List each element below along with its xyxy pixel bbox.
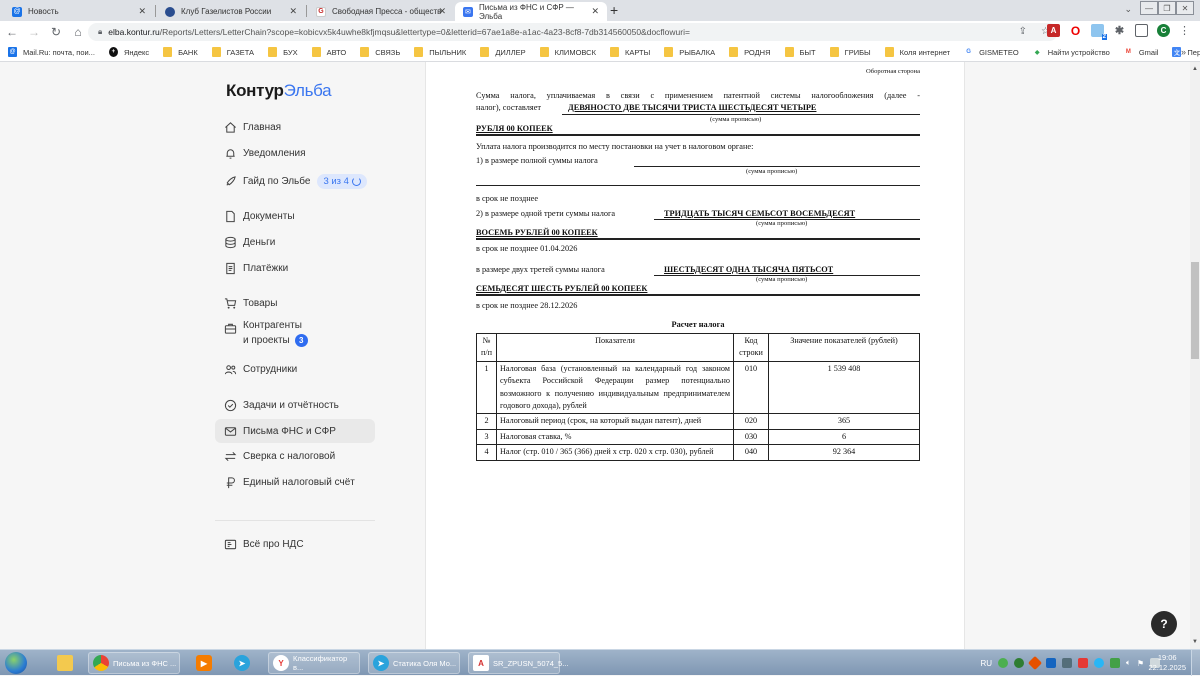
table-row: 1Налоговая база (установленный на календ…	[477, 361, 920, 414]
bookmark-item[interactable]: БЫТ	[785, 47, 816, 57]
tray-app-icon[interactable]	[998, 658, 1008, 668]
tray-app-icon[interactable]	[1110, 658, 1120, 668]
tab-elba-letters[interactable]: ✉ Письма из ФНС и СФР — Эльба ✕	[455, 2, 607, 21]
sidebar-item-label: Документы	[243, 211, 295, 222]
sidebar-item-label: Сотрудники	[243, 364, 297, 375]
yandex-browser-icon: Y	[273, 655, 289, 671]
logo-text-kontur: Контур	[226, 81, 284, 100]
row-num: 1	[477, 361, 497, 414]
bookmark-item[interactable]: 文Перевести	[1172, 47, 1200, 57]
elba-icon: ✉	[463, 7, 473, 17]
profile-avatar[interactable]: C	[1157, 24, 1170, 37]
language-indicator[interactable]: RU	[980, 659, 992, 668]
intro-line-1: Сумма налога, уплачиваемая в связи с при…	[476, 90, 920, 103]
bookmark-item[interactable]: РЫБАЛКА	[664, 47, 715, 57]
bookmark-label: РЫБАЛКА	[679, 48, 715, 57]
lock-icon: 🔒︎	[98, 27, 102, 37]
document-icon	[223, 209, 237, 223]
people-icon	[223, 362, 237, 376]
ruble-icon	[223, 475, 237, 489]
window-controls: — ❐ ✕	[1140, 1, 1194, 15]
taskbar-yandex-browser[interactable]: Y Классификатор в...	[268, 652, 360, 674]
bookmark-label: ДИЛЛЕР	[495, 48, 525, 57]
sidebar-item-label: Всё про НДС	[243, 539, 304, 550]
close-icon[interactable]: ✕	[438, 6, 446, 17]
bookmark-item[interactable]: БУХ	[268, 47, 298, 57]
header-value: Значение показателей (рублей)	[769, 334, 920, 362]
header-code: Код строки	[734, 334, 769, 362]
bookmark-item[interactable]: @Mail.Ru: почта, пои...	[8, 47, 95, 57]
chrome-icon	[93, 655, 109, 671]
row-value: 1 539 408	[769, 361, 920, 414]
bookmark-label: ПЫЛЬНИК	[429, 48, 466, 57]
folder-icon	[268, 47, 277, 57]
bookmark-item[interactable]: БАНК	[163, 47, 198, 57]
bookmark-label: Коля интернет	[900, 48, 950, 57]
taskbar-media-player[interactable]: ▶	[192, 652, 218, 674]
bookmark-label: КЛИМОВСК	[555, 48, 596, 57]
bookmark-item[interactable]: +Яндекс	[109, 47, 149, 57]
count-badge: 3	[295, 334, 308, 347]
telegram-icon: ➤	[373, 655, 389, 671]
gmail-icon: M	[1124, 47, 1133, 57]
sidebar-item-reconciliation[interactable]: Сверка с налоговой	[215, 444, 375, 468]
tray-app-icon[interactable]	[1062, 658, 1072, 668]
bookmark-label: Mail.Ru: почта, пои...	[23, 48, 95, 57]
guide-progress-text: 3 из 4	[323, 176, 349, 187]
clock-time: 19:06	[1148, 653, 1186, 663]
row-code: 020	[734, 414, 769, 429]
sidebar-item-tasks[interactable]: Задачи и отчётность	[215, 393, 375, 417]
tab-label: Новость	[28, 7, 59, 16]
extensions-puzzle-icon[interactable]: ✱	[1113, 24, 1126, 37]
close-icon[interactable]: ✕	[591, 6, 599, 17]
caption-words: (сумма прописью)	[710, 114, 761, 127]
option1-label: 1) в размере полной суммы налога	[476, 155, 598, 168]
row-value: 92 364	[769, 445, 920, 460]
sidebar-item-contractors[interactable]: Контрагенты и проекты3	[215, 318, 375, 352]
sidebar-item-fns-letters[interactable]: Письма ФНС и СФР	[215, 419, 375, 443]
table-header-row: № п/п Показатели Код строки Значение пок…	[477, 334, 920, 362]
sidebar-item-label: Единый налоговый счёт	[243, 477, 355, 488]
sidebar-item-guide[interactable]: Гайд по Эльбе 3 из 4	[215, 169, 375, 193]
more-bookmarks-button[interactable]: »	[1181, 47, 1186, 57]
caption-words: (сумма прописью)	[746, 166, 797, 179]
cart-icon	[223, 296, 237, 310]
action-center-flag-icon[interactable]: ⚑	[1137, 659, 1144, 668]
sidebar-item-employees[interactable]: Сотрудники	[215, 357, 375, 381]
tray-usb-icon[interactable]	[1028, 656, 1042, 670]
folder-icon	[785, 47, 794, 57]
pdf-icon: A	[473, 655, 489, 671]
document-viewer: Оборотная сторона Сумма налога, уплачива…	[425, 62, 965, 649]
side-label: Оборотная сторона	[866, 66, 920, 79]
bookmark-item[interactable]: РОДНЯ	[729, 47, 770, 57]
tab-label: Свободная Пресса - обществен	[332, 7, 442, 16]
start-button[interactable]	[5, 652, 27, 674]
mail-ru-icon: @	[12, 7, 22, 17]
bookmark-label: ГРИБЫ	[845, 48, 871, 57]
folder-icon	[360, 47, 369, 57]
taskbar-app-label: Классификатор в...	[293, 654, 359, 672]
payment-place-text: Уплата налога производится по месту пост…	[476, 141, 753, 154]
tab-gazelist-club[interactable]: Клуб Газелистов России ✕	[157, 2, 305, 21]
bookmark-label: Найти устройство	[1048, 48, 1110, 57]
cloud-extension-icon[interactable]: 2	[1091, 24, 1104, 37]
tray-kaspersky-icon[interactable]	[1014, 658, 1024, 668]
bookmark-item[interactable]: ◆Найти устройство	[1033, 47, 1110, 57]
back-button[interactable]: ←	[2, 25, 22, 39]
sidebar-item-label: Сверка с налоговой	[243, 451, 335, 462]
sidebar-item-vat[interactable]: Всё про НДС	[215, 532, 375, 556]
caption-words: (сумма прописью)	[756, 274, 807, 287]
tab-search-chevron-icon[interactable]: ⌄	[1124, 4, 1132, 15]
scroll-up-arrow-icon[interactable]: ▲	[1192, 66, 1198, 72]
bookmark-item[interactable]: Коля интернет	[885, 47, 950, 57]
row-num: 4	[477, 445, 497, 460]
sidebar-item-label: Письма ФНС и СФР	[243, 426, 336, 437]
home-button[interactable]: ⌂	[68, 25, 88, 39]
volume-icon[interactable]: 🔈︎	[1126, 658, 1131, 668]
taskbar-explorer[interactable]	[53, 652, 79, 674]
address-bar[interactable]: 🔒︎ elba.kontur.ru/Reports/Letters/Letter…	[88, 23, 1058, 41]
minimize-button[interactable]: —	[1140, 1, 1158, 15]
bookmark-item[interactable]: MGmail	[1124, 47, 1159, 57]
row-value: 365	[769, 414, 920, 429]
clock[interactable]: 19:06 22.12.2025	[1148, 653, 1186, 673]
scroll-down-arrow-icon[interactable]: ▼	[1192, 639, 1198, 645]
bookmark-label: Gmail	[1139, 48, 1159, 57]
row-indicator: Налог (стр. 010 / 365 (366) дней x стр. …	[497, 445, 734, 460]
side-panel-icon[interactable]	[1135, 24, 1148, 37]
arrows-swap-icon	[223, 449, 237, 463]
header-num: № п/п	[477, 334, 497, 362]
sidebar-item-label: Платёжки	[243, 263, 288, 274]
forward-button[interactable]: →	[24, 25, 44, 39]
close-icon[interactable]: ✕	[138, 6, 146, 17]
media-player-icon: ▶	[196, 655, 212, 671]
briefcase-icon	[223, 321, 237, 335]
total-amount-words-1: ДЕВЯНОСТО ДВЕ ТЫСЯЧИ ТРИСТА ШЕСТЬДЕСЯТ Ч…	[568, 102, 816, 115]
folder-icon	[729, 47, 738, 57]
sidebar-item-label: Контрагенты	[243, 318, 308, 333]
home-icon	[223, 120, 237, 134]
guide-progress-pill[interactable]: 3 из 4	[317, 174, 367, 189]
bookmark-item[interactable]: ГАЗЕТА	[212, 47, 254, 57]
bookmark-label: Яндекс	[124, 48, 149, 57]
row-indicator: Налоговая ставка, %	[497, 429, 734, 444]
taskbar-app-label: Письма из ФНС ...	[113, 659, 176, 668]
folder-icon	[830, 47, 839, 57]
bookmark-label: БЫТ	[800, 48, 816, 57]
option3-label: в размере двух третей суммы налога	[476, 264, 605, 277]
logo-text-elba: Эльба	[284, 81, 332, 100]
caption-words: (сумма прописью)	[756, 218, 807, 231]
envelope-icon	[223, 424, 237, 438]
restore-button[interactable]: ❐	[1158, 1, 1176, 15]
taskbar-telegram[interactable]: ➤	[230, 652, 256, 674]
row-indicator: Налоговая база (установленный на календа…	[497, 361, 734, 414]
close-window-button[interactable]: ✕	[1176, 1, 1194, 15]
bookmark-label: РОДНЯ	[744, 48, 770, 57]
bookmark-item[interactable]: СВЯЗЬ	[360, 47, 400, 57]
folder-icon	[664, 47, 673, 57]
book-icon	[223, 537, 237, 551]
folder-icon	[212, 47, 221, 57]
row-code: 040	[734, 445, 769, 460]
table-row: 2Налоговый период (срок, на который выда…	[477, 414, 920, 429]
rocket-icon	[223, 174, 237, 188]
browser-menu-icon[interactable]: ⋮	[1179, 24, 1190, 37]
sidebar-item-label: Товары	[243, 298, 277, 309]
tray-app-icon[interactable]	[1094, 658, 1104, 668]
sidebar-item-label: Задачи и отчётность	[243, 400, 339, 411]
folder-icon	[480, 47, 489, 57]
bookmark-item[interactable]: КЛИМОВСК	[540, 47, 596, 57]
google-icon: G	[964, 47, 973, 57]
bookmark-item[interactable]: ДИЛЛЕР	[480, 47, 525, 57]
page-scrollbar[interactable]: ▲ ▼	[1190, 62, 1200, 649]
row-code: 010	[734, 361, 769, 414]
progress-spinner-icon	[352, 177, 361, 186]
share-icon[interactable]: ⇪	[1019, 26, 1027, 37]
folder-icon	[610, 47, 619, 57]
bookmark-label: КАРТЫ	[625, 48, 650, 57]
explorer-icon	[57, 655, 73, 671]
bookmark-label: Перевести	[1187, 48, 1200, 57]
table-row: 3Налоговая ставка, %0306	[477, 429, 920, 444]
close-icon[interactable]: ✕	[289, 6, 297, 17]
bookmark-label: БУХ	[283, 48, 298, 57]
tab-label: Письма из ФНС и СФР — Эльба	[479, 3, 599, 21]
bookmark-label: ГАЗЕТА	[227, 48, 254, 57]
telegram-icon: ➤	[234, 655, 250, 671]
sidebar-item-money[interactable]: Деньги	[215, 230, 375, 254]
tray-app-icon[interactable]	[1078, 658, 1088, 668]
taskbar-chrome[interactable]: Письма из ФНС ...	[88, 652, 180, 674]
taskbar-telegram-chat[interactable]: ➤ Статика Оля Мо...	[368, 652, 460, 674]
folder-icon	[540, 47, 549, 57]
tab-novost[interactable]: @ Новость ✕	[4, 2, 154, 21]
folder-icon	[414, 47, 423, 57]
windows-taskbar: Письма из ФНС ... ▶ ➤ Y Классификатор в.…	[0, 649, 1200, 675]
row-value: 6	[769, 429, 920, 444]
scrollbar-thumb[interactable]	[1191, 262, 1199, 359]
sidebar-item-goods[interactable]: Товары	[215, 291, 375, 315]
find-icon: ◆	[1033, 47, 1042, 57]
tab-svpressa[interactable]: G Свободная Пресса - обществен ✕	[308, 2, 454, 21]
calc-title: Расчет налога	[476, 319, 920, 332]
option3-deadline: в срок не позднее 28.12.2026	[476, 300, 577, 313]
sidebar-item-label-2: и проекты	[243, 333, 290, 348]
acrobat-extension-icon[interactable]: A	[1047, 24, 1060, 37]
bookmark-label: GISMETEO	[979, 48, 1019, 57]
check-circle-icon	[223, 398, 237, 412]
help-button[interactable]: ?	[1151, 611, 1177, 637]
sidebar-item-label: Гайд по Эльбе	[243, 176, 310, 187]
sidebar-item-label: Уведомления	[243, 148, 306, 159]
club-shield-icon	[165, 7, 175, 17]
bell-icon	[223, 146, 237, 160]
yandex-icon: +	[109, 47, 118, 57]
intro-line-2: налог), составляет	[476, 102, 541, 115]
bookmark-item[interactable]: ПЫЛЬНИК	[414, 47, 466, 57]
bookmark-label: БАНК	[178, 48, 198, 57]
sidebar-item-documents[interactable]: Документы	[215, 204, 375, 228]
tray-app-icon[interactable]	[1046, 658, 1056, 668]
tax-calculation-table: № п/п Показатели Код строки Значение пок…	[476, 333, 920, 461]
taskbar-pdf[interactable]: A SR_ZPUSN_5074_5...	[468, 652, 560, 674]
show-desktop-button[interactable]	[1191, 650, 1200, 675]
option2-label: 2) в размере одной трети суммы налога	[476, 208, 615, 221]
browser-tab-bar: @ Новость ✕ Клуб Газелистов России ✕ G С…	[0, 0, 1200, 21]
option1-deadline: в срок не позднее	[476, 193, 538, 206]
sidebar-item-label: Деньги	[243, 237, 275, 248]
folder-icon	[885, 47, 894, 57]
sidebar-item-tax-account[interactable]: Единый налоговый счёт	[215, 470, 375, 494]
folder-icon	[312, 47, 321, 57]
opera-extension-icon[interactable]: O	[1069, 24, 1082, 37]
mail-icon: @	[8, 47, 17, 57]
receipt-icon	[223, 261, 237, 275]
bookmark-label: АВТО	[327, 48, 347, 57]
page-content: КонтурЭльба Главная Уведомления Гайд по …	[0, 62, 1190, 649]
coins-icon	[223, 235, 237, 249]
extension-badge: 2	[1102, 34, 1107, 40]
url-path: /Reports/Letters/LetterChain?scope=kobic…	[160, 27, 690, 37]
clock-date: 22.12.2025	[1148, 663, 1186, 673]
new-tab-button[interactable]: +	[610, 2, 618, 18]
tab-label: Клуб Газелистов России	[181, 7, 271, 16]
sidebar-item-notifications[interactable]: Уведомления	[215, 141, 375, 165]
bookmark-item[interactable]: КАРТЫ	[610, 47, 650, 57]
svpressa-icon: G	[316, 7, 326, 17]
sidebar-item-home[interactable]: Главная	[215, 115, 375, 139]
bookmarks-bar: @Mail.Ru: почта, пои...+ЯндексБАНКГАЗЕТА…	[0, 43, 1200, 62]
folder-icon	[163, 47, 172, 57]
sidebar-item-payments[interactable]: Платёжки	[215, 256, 375, 280]
reload-button[interactable]: ↻	[46, 25, 66, 39]
taskbar-app-label: SR_ZPUSN_5074_5...	[493, 659, 568, 668]
table-row: 4Налог (стр. 010 / 365 (366) дней x стр.…	[477, 445, 920, 460]
bookmark-item[interactable]: ГРИБЫ	[830, 47, 871, 57]
taskbar-app-label: Статика Оля Мо...	[393, 659, 456, 668]
sidebar-item-label: Главная	[243, 122, 281, 133]
option2-deadline: в срок не позднее 01.04.2026	[476, 243, 577, 256]
kontur-elba-logo[interactable]: КонтурЭльба	[226, 81, 331, 101]
bookmark-label: СВЯЗЬ	[375, 48, 400, 57]
bookmark-item[interactable]: АВТО	[312, 47, 347, 57]
header-indicator: Показатели	[497, 334, 734, 362]
browser-toolbar: ← → ↻ ⌂ 🔒︎ elba.kontur.ru/Reports/Letter…	[0, 21, 1200, 43]
row-code: 030	[734, 429, 769, 444]
row-num: 3	[477, 429, 497, 444]
sidebar-divider	[215, 520, 375, 521]
row-indicator: Налоговый период (срок, на который выдан…	[497, 414, 734, 429]
url-host: elba.kontur.ru	[108, 27, 160, 37]
system-tray: RU 🔈︎ ⚑	[980, 650, 1160, 675]
bookmark-item[interactable]: GGISMETEO	[964, 47, 1019, 57]
sidebar: КонтурЭльба Главная Уведомления Гайд по …	[215, 62, 380, 649]
row-num: 2	[477, 414, 497, 429]
